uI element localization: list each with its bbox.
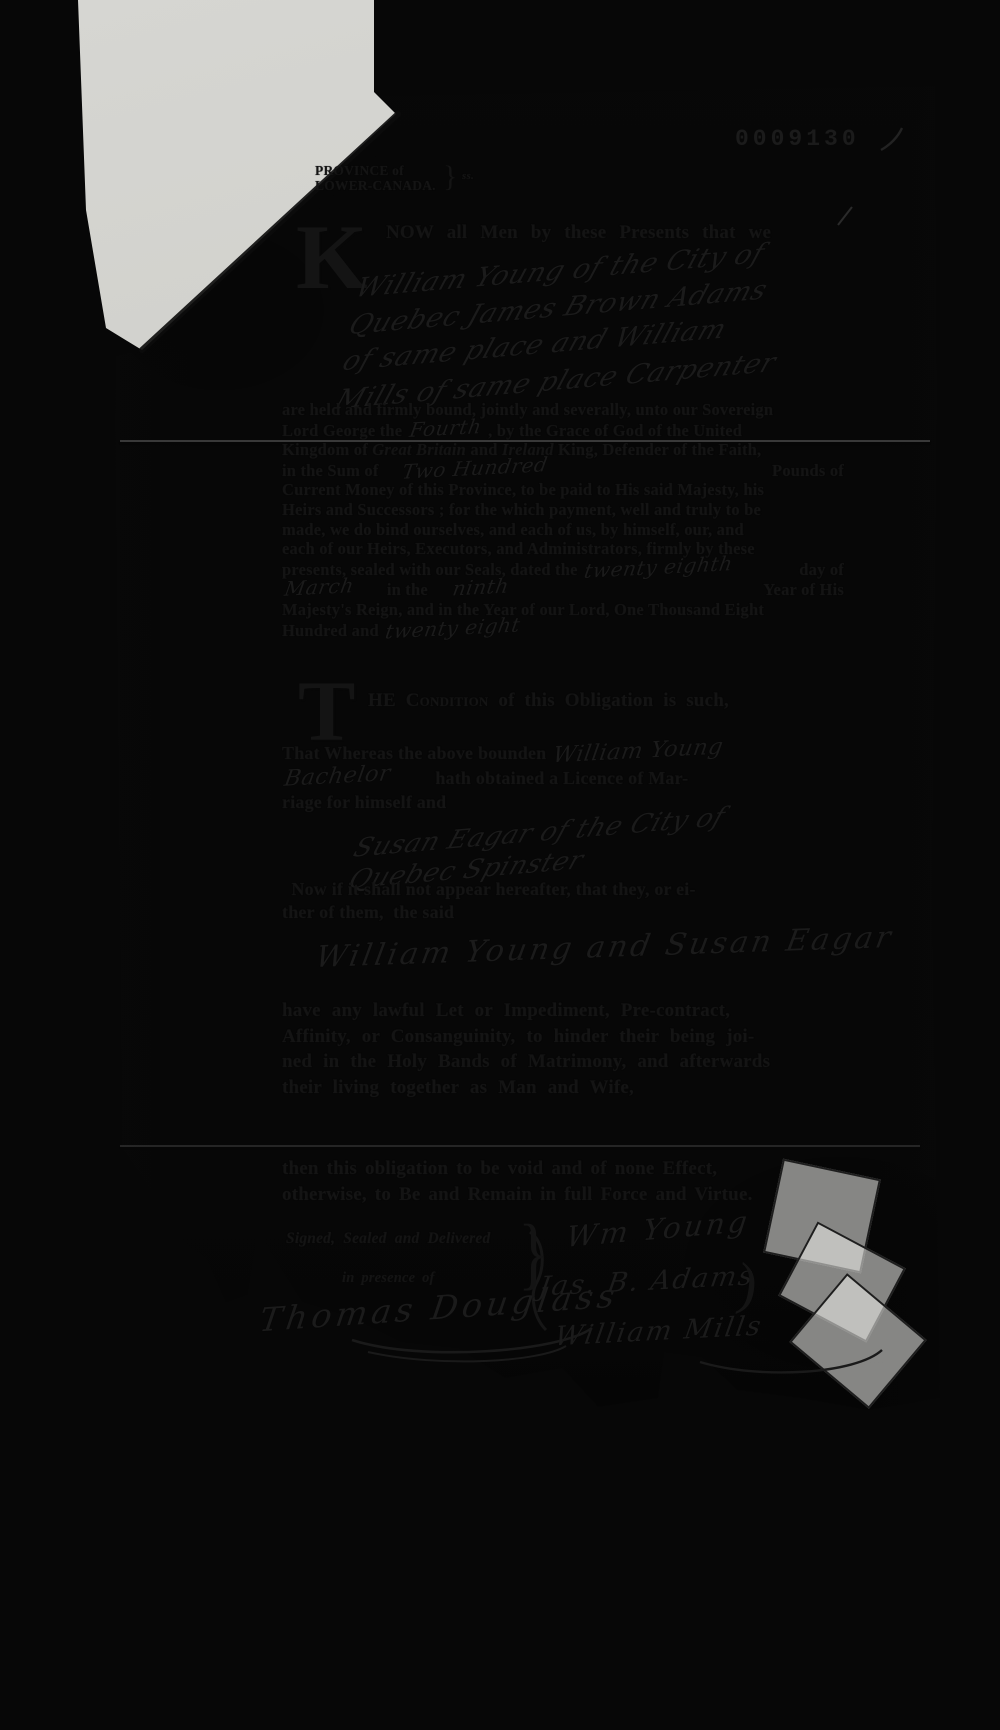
text-line: Majesty's Reign, and in the Year of our … [282, 600, 844, 620]
text-line: Bachelor hath obtained a Licence of Mar- [282, 765, 842, 790]
text-line: Hundred and twenty eight [282, 620, 844, 641]
text-line: Now if it shall not appear hereafter, th… [282, 878, 842, 901]
text-line: each of our Heirs, Executors, and Admini… [282, 539, 844, 559]
province-line2: LOWER-CANADA. [315, 179, 436, 194]
text-line: presents, sealed with our Seals, dated t… [282, 559, 844, 580]
province-line1: PROVINCE of [315, 164, 436, 179]
void-paragraph: then this obligation to be void and of n… [282, 1156, 844, 1208]
text-line: HE Condition of this Obligation is such, [368, 690, 840, 712]
text-line: otherwise, to Be and Remain in full Forc… [282, 1182, 844, 1208]
text-line: riage for himself and [282, 790, 842, 814]
text-line: Kingdom of Great Britain and Ireland Kin… [282, 440, 844, 460]
registration-number: 0009130 [735, 126, 860, 152]
text-line: Current Money of this Province, to be pa… [282, 480, 844, 500]
nowif-paragraph: Now if it shall not appear hereafter, th… [282, 878, 842, 924]
attestation-presence-label: in presence of [342, 1270, 435, 1287]
condition-dropcap: T [298, 676, 355, 747]
attestation-signed-label: Signed, Sealed and Delivered [286, 1230, 490, 1248]
text-line: ned in the Holy Bands of Matrimony, and … [282, 1049, 844, 1075]
impediment-paragraph: have any lawful Let or Impediment, Pre-c… [282, 998, 844, 1100]
header-ss: ss. [462, 170, 474, 182]
whereas-paragraph: That Whereas the above bounden William Y… [282, 740, 842, 814]
text-line: then this obligation to be void and of n… [282, 1156, 844, 1182]
text-line: made, we do bind ourselves, and each of … [282, 520, 844, 540]
text-line: their living together as Man and Wife, [282, 1075, 844, 1101]
text-line: in the Sum of Two HundredPounds of [282, 460, 844, 481]
text-line: Lord George the Fourth , by the Grace of… [282, 420, 844, 441]
scanned-document-page: 0009130 PROVINCE of LOWER-CANADA. } ss. … [0, 0, 1000, 1730]
text-line: are held and firmly bound, jointly and s… [282, 400, 844, 420]
condition-heading: HE Condition of this Obligation is such, [368, 690, 840, 712]
header-brace: } [443, 160, 457, 194]
text-line: March in the ninthYear of His [282, 579, 844, 600]
province-header: PROVINCE of LOWER-CANADA. [315, 164, 436, 193]
bound-parties-script: William Young of the City ofQuebec James… [337, 245, 793, 408]
text-line: Heirs and Successors ; for the which pay… [282, 500, 844, 520]
text-line: ther of them, the said [282, 901, 842, 924]
text-line: have any lawful Let or Impediment, Pre-c… [282, 998, 844, 1024]
text-line: Affinity, or Consanguinity, to hinder th… [282, 1024, 844, 1050]
bond-paragraph: are held and firmly bound, jointly and s… [282, 400, 844, 640]
